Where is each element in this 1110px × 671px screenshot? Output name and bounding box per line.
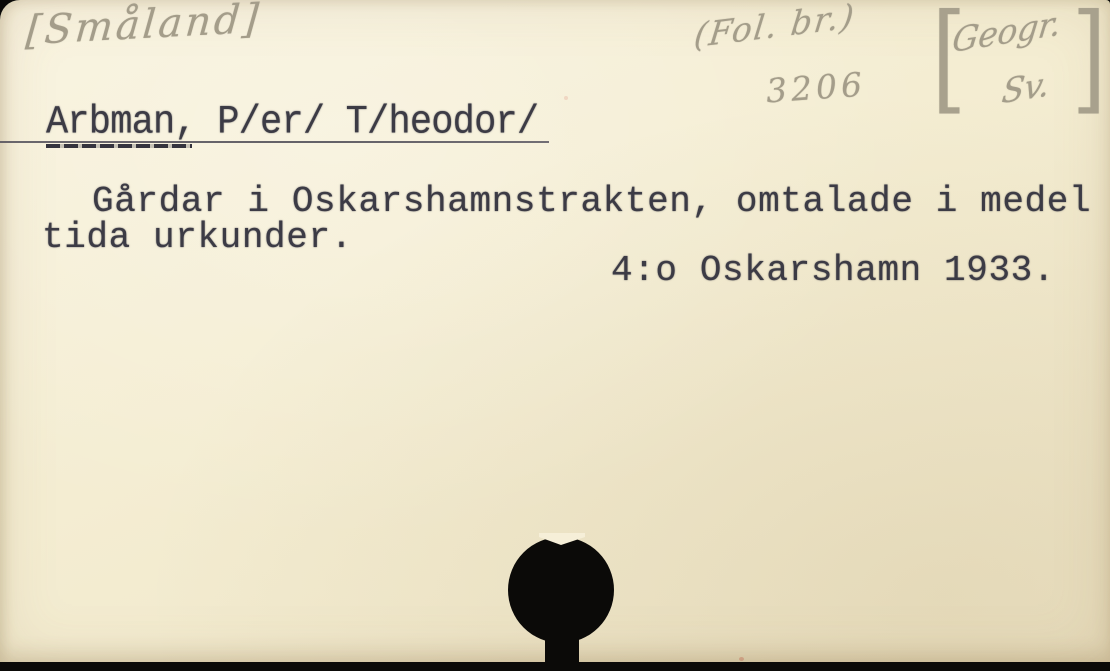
classification-bracket-right-icon: ] [1072,0,1107,116]
classification-line2: Sv. [1000,64,1052,112]
shelf-number-annotation: 3206 [765,65,867,111]
imprint-line: 4:o Oskarshamn 1933. [611,250,1055,291]
author-heading: Arbman, P/er/ T/heodor/ [46,100,538,145]
paper-speck [739,657,744,661]
paper-speck [564,96,568,100]
title-line-1: Gårdar i Oskarshamnstrakten, omtalade i … [92,181,1091,222]
scan-edge [0,662,1110,671]
author-name-underscore [46,144,192,148]
classification-line1: Geogr. [950,3,1063,60]
heading-underline [0,141,549,143]
region-annotation: [Småland] [24,0,263,54]
format-annotation: (Fol. br.) [692,0,858,55]
punch-hole [501,533,623,671]
title-line-2: tida urkunder. [42,217,353,258]
